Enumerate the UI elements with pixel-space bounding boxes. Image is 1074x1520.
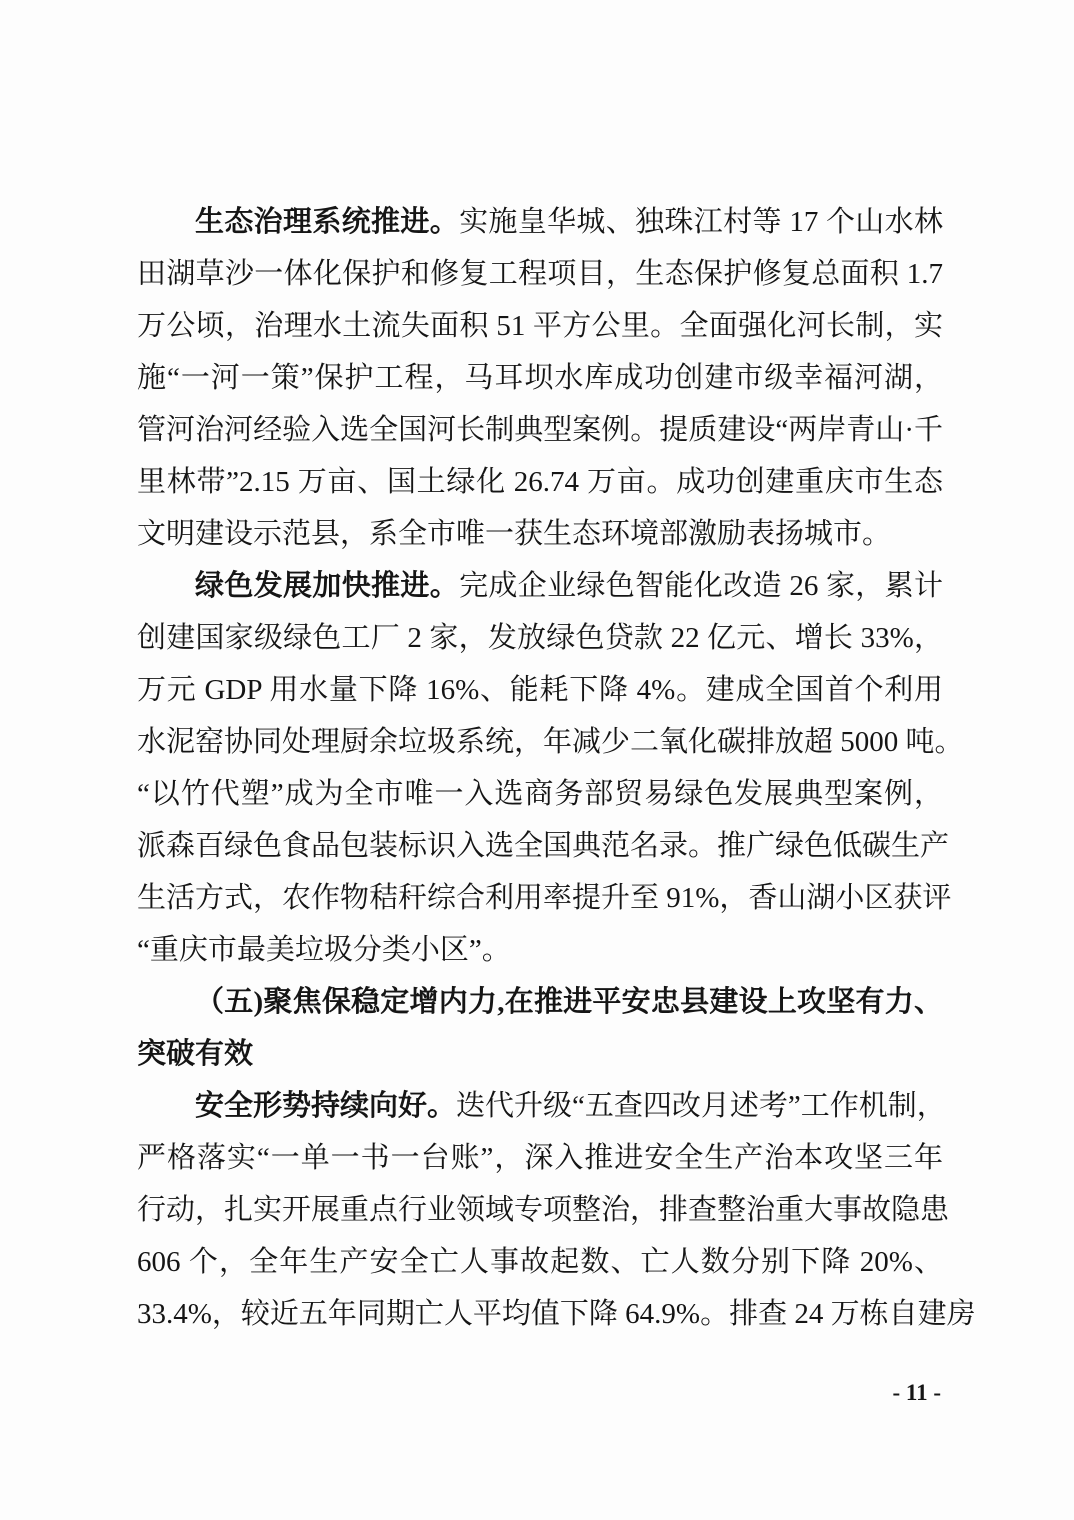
text-line: “以竹代塑”成为全市唯一入选商务部贸易绿色发展典型案例， [137, 768, 943, 820]
text-line: 严格落实“一单一书一台账”，深入推进安全生产治本攻坚三年 [137, 1132, 943, 1184]
section-heading: （五)聚焦保稳定增内力,在推进平安忠县建设上攻坚有力、突破有效 [137, 976, 943, 1080]
paragraph-lead: 绿色发展加快推进。 [195, 570, 459, 602]
body-paragraph: 绿色发展加快推进。完成企业绿色智能化改造 26 家，累计创建国家级绿色工厂 2 … [137, 560, 943, 976]
text-line: 安全形势持续向好。迭代升级“五查四改月述考”工作机制， [137, 1080, 943, 1132]
document-page: 生态治理系统推进。实施皇华城、独珠江村等 17 个山水林田湖草沙一体化保护和修复… [0, 0, 1074, 1520]
text-line: 派森百绿色食品包装标识入选全国典范名录。推广绿色低碳生产 [137, 820, 943, 872]
text-line: 生态治理系统推进。实施皇华城、独珠江村等 17 个山水林 [137, 196, 943, 248]
page-number: - 11 - [892, 1378, 941, 1408]
text-line: 田湖草沙一体化保护和修复工程项目，生态保护修复总面积 1.7 [137, 248, 943, 300]
text-line: 生活方式，农作物秸秆综合利用率提升至 91%，香山湖小区获评 [137, 872, 943, 924]
text-line: 绿色发展加快推进。完成企业绿色智能化改造 26 家，累计 [137, 560, 943, 612]
text-line: 创建国家级绿色工厂 2 家，发放绿色贷款 22 亿元、增长 33%， [137, 612, 943, 664]
text-line: （五)聚焦保稳定增内力,在推进平安忠县建设上攻坚有力、 [137, 976, 943, 1028]
text-line: 33.4%，较近五年同期亡人平均值下降 64.9%。排查 24 万栋自建房 [137, 1288, 943, 1340]
paragraph-lead: 生态治理系统推进。 [195, 206, 459, 238]
text-line: 万公顷，治理水土流失面积 51 平方公里。全面强化河长制，实 [137, 300, 943, 352]
text-line: 水泥窑协同处理厨余垃圾系统，年减少二氧化碳排放超 5000 吨。 [137, 716, 943, 768]
text-line: 文明建设示范县，系全市唯一获生态环境部激励表扬城市。 [137, 508, 943, 560]
text-line: 606 个，全年生产安全亡人事故起数、亡人数分别下降 20%、 [137, 1236, 943, 1288]
document-body: 生态治理系统推进。实施皇华城、独珠江村等 17 个山水林田湖草沙一体化保护和修复… [137, 196, 943, 1340]
text-line: 万元 GDP 用水量下降 16%、能耗下降 4%。建成全国首个利用 [137, 664, 943, 716]
text-line: 施“一河一策”保护工程，马耳坝水库成功创建市级幸福河湖， [137, 352, 943, 404]
text-line: 突破有效 [137, 1028, 943, 1080]
body-paragraph: 安全形势持续向好。迭代升级“五查四改月述考”工作机制，严格落实“一单一书一台账”… [137, 1080, 943, 1340]
text-line: 行动，扎实开展重点行业领域专项整治，排查整治重大事故隐患 [137, 1184, 943, 1236]
text-line: 管河治河经验入选全国河长制典型案例。提质建设“两岸青山·千 [137, 404, 943, 456]
body-paragraph: 生态治理系统推进。实施皇华城、独珠江村等 17 个山水林田湖草沙一体化保护和修复… [137, 196, 943, 560]
text-line: 里林带”2.15 万亩、国土绿化 26.74 万亩。成功创建重庆市生态 [137, 456, 943, 508]
text-line: “重庆市最美垃圾分类小区”。 [137, 924, 943, 976]
paragraph-lead: 安全形势持续向好。 [195, 1090, 456, 1122]
